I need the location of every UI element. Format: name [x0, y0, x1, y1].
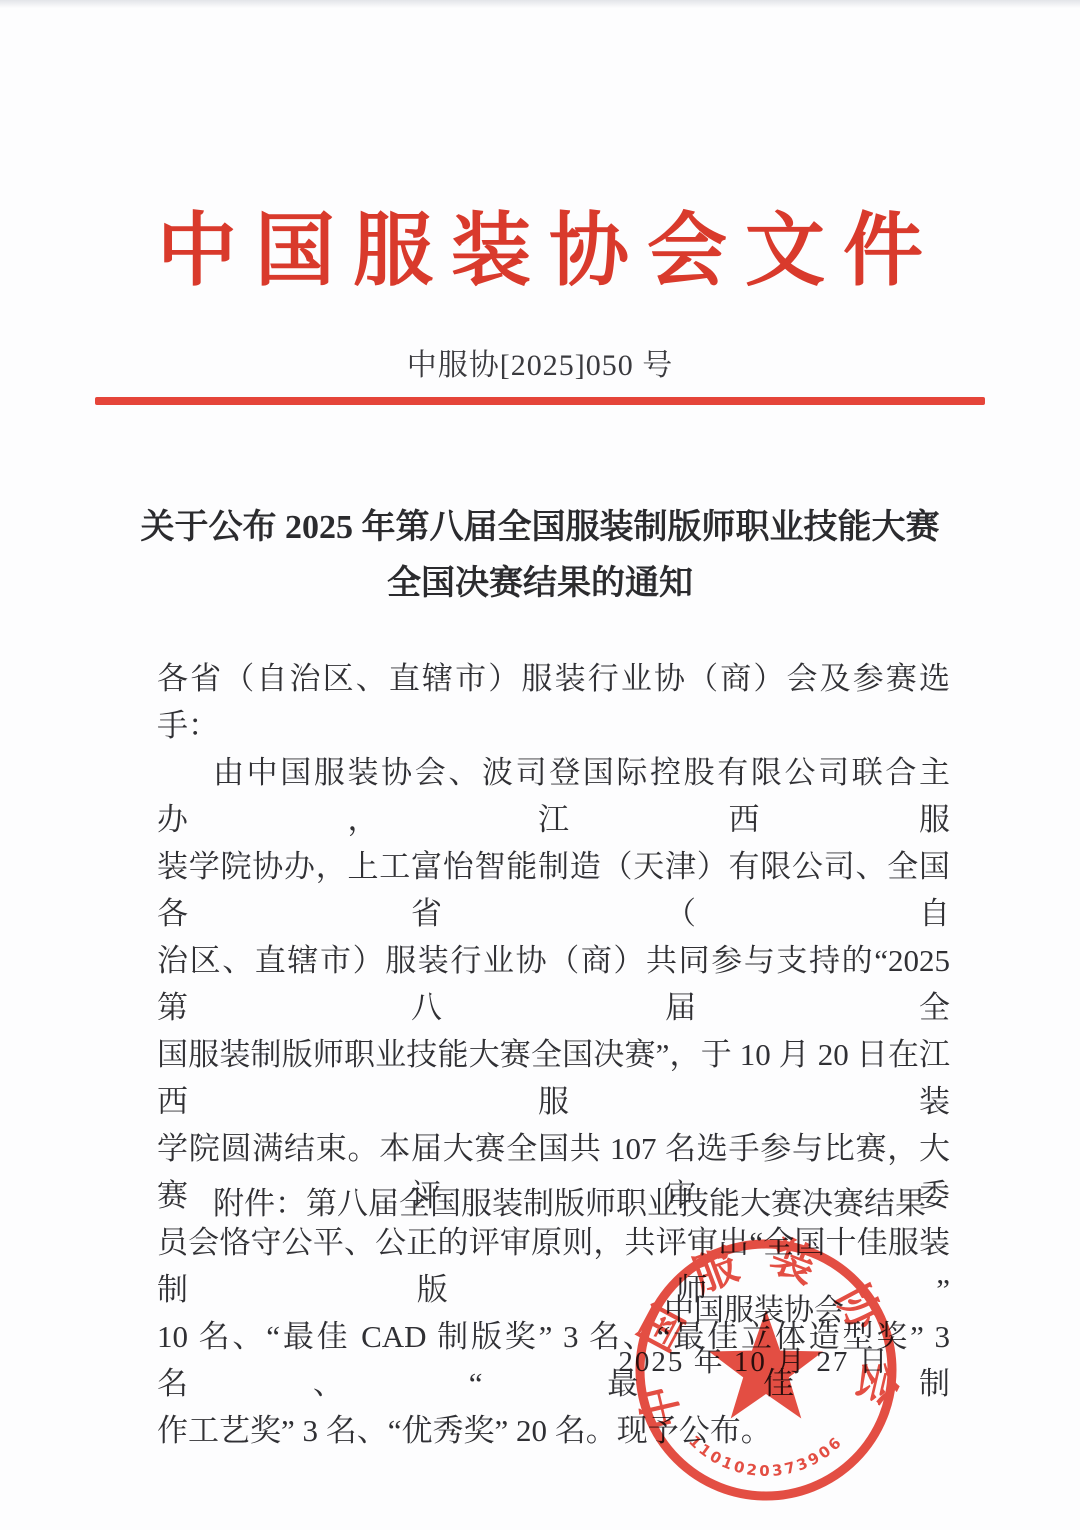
- body-line: 治区、直辖市）服装行业协（商）共同参与支持的“2025 第八届全: [157, 937, 950, 1031]
- document-title-line1: 关于公布 2025 年第八届全国服装制版师职业技能大赛: [0, 500, 1080, 556]
- document-title: 关于公布 2025 年第八届全国服装制版师职业技能大赛 全国决赛结果的通知: [0, 500, 1080, 612]
- seal-serial-number: 1101020373906: [685, 1432, 847, 1480]
- body-line: 装学院协办，上工富怡智能制造（天津）有限公司、全国各省（自: [157, 843, 950, 937]
- body-line: 由中国服装协会、波司登国际控股有限公司联合主办，江西服: [157, 749, 950, 843]
- letterhead-title: 中国服装协会文件: [0, 186, 1080, 301]
- salutation-line: 各省（自治区、直辖市）服装行业协（商）会及参赛选手：: [157, 655, 950, 749]
- seal-graphic: 中国服装协会 1101020373906: [626, 1230, 906, 1510]
- document-number: 中服协[2025]050 号: [0, 340, 1080, 384]
- red-divider-rule: [95, 397, 985, 405]
- document-page: 中国服装协会文件 中服协[2025]050 号 关于公布 2025 年第八届全国…: [0, 0, 1080, 1530]
- seal-star-icon: [709, 1310, 823, 1419]
- official-seal-stamp: 中国服装协会 1101020373906: [626, 1230, 906, 1510]
- document-title-line2: 全国决赛结果的通知: [0, 556, 1080, 612]
- scan-edge-artifact: [0, 0, 1080, 8]
- attachment-line: 附件：第八届全国服装制版师职业技能大赛决赛结果: [157, 1178, 950, 1223]
- body-line: 国服装制版师职业技能大赛全国决赛”，于 10 月 20 日在江西服装: [157, 1031, 950, 1125]
